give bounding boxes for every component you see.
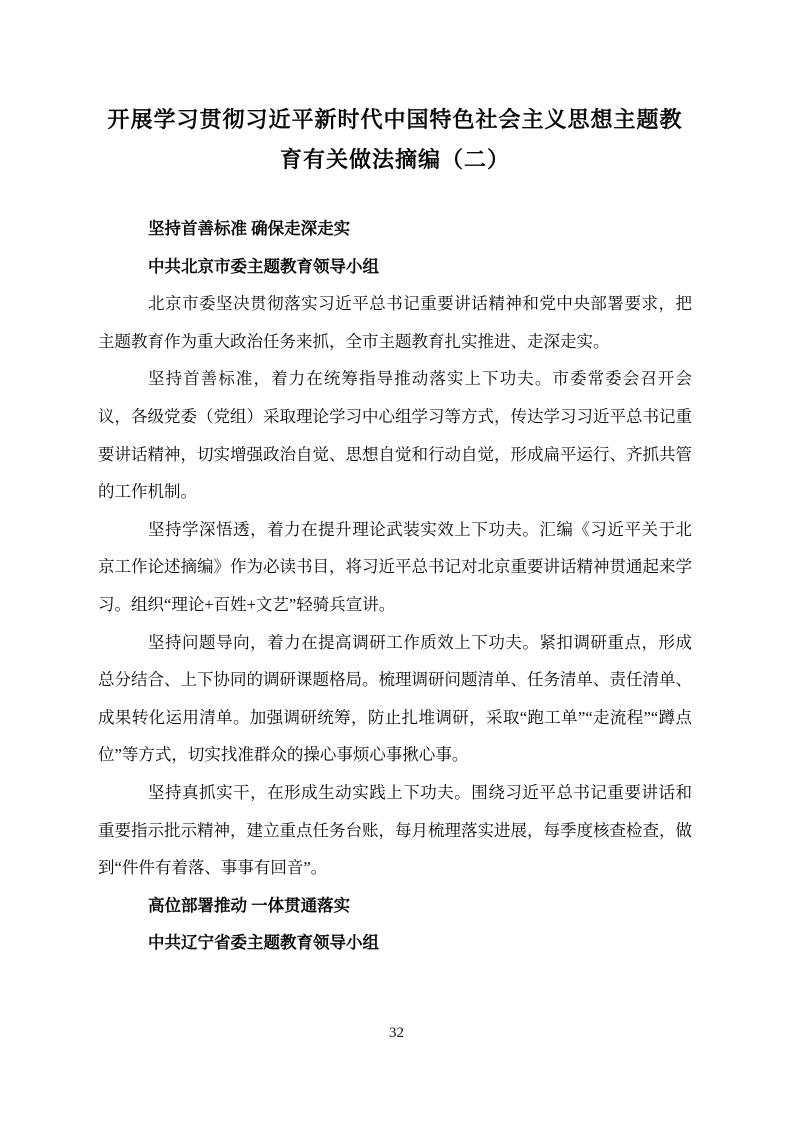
document-body: 坚持首善标准 确保走深走实 中共北京市委主题教育领导小组 北京市委坚决贯彻落实习…	[98, 210, 692, 962]
section-1-paragraph-1: 北京市委坚决贯彻落实习近平总书记重要讲话精神和党中央部署要求，把主题教育作为重大…	[98, 285, 692, 360]
page-number: 32	[0, 1022, 793, 1044]
section-1-heading: 坚持首善标准 确保走深走实	[98, 210, 692, 248]
section-2-heading: 高位部署推动 一体贯通落实	[98, 887, 692, 925]
section-1-paragraph-3: 坚持学深悟透，着力在提升理论武装实效上下功夫。汇编《习近平关于北京工作论述摘编》…	[98, 511, 692, 624]
section-1-paragraph-2: 坚持首善标准，着力在统筹指导推动落实上下功夫。市委常委会召开会议，各级党委（党组…	[98, 360, 692, 510]
document-page: 开展学习贯彻习近平新时代中国特色社会主义思想主题教育有关做法摘编（二） 坚持首善…	[0, 0, 793, 1122]
section-2-author: 中共辽宁省委主题教育领导小组	[98, 924, 692, 962]
section-1-author: 中共北京市委主题教育领导小组	[98, 248, 692, 286]
document-title: 开展学习贯彻习近平新时代中国特色社会主义思想主题教育有关做法摘编（二）	[98, 100, 692, 180]
section-1-paragraph-5: 坚持真抓实干，在形成生动实践上下功夫。围绕习近平总书记重要讲话和重要指示批示精神…	[98, 774, 692, 887]
document-title-line-1: 开展学习贯彻习近平新时代中国特色社会主义思想主题教	[107, 107, 682, 132]
section-1-paragraph-4: 坚持问题导向，着力在提高调研工作质效上下功夫。紧扣调研重点，形成总分结合、上下协…	[98, 624, 692, 774]
document-title-line-2: 育有关做法摘编（二）	[280, 147, 510, 172]
